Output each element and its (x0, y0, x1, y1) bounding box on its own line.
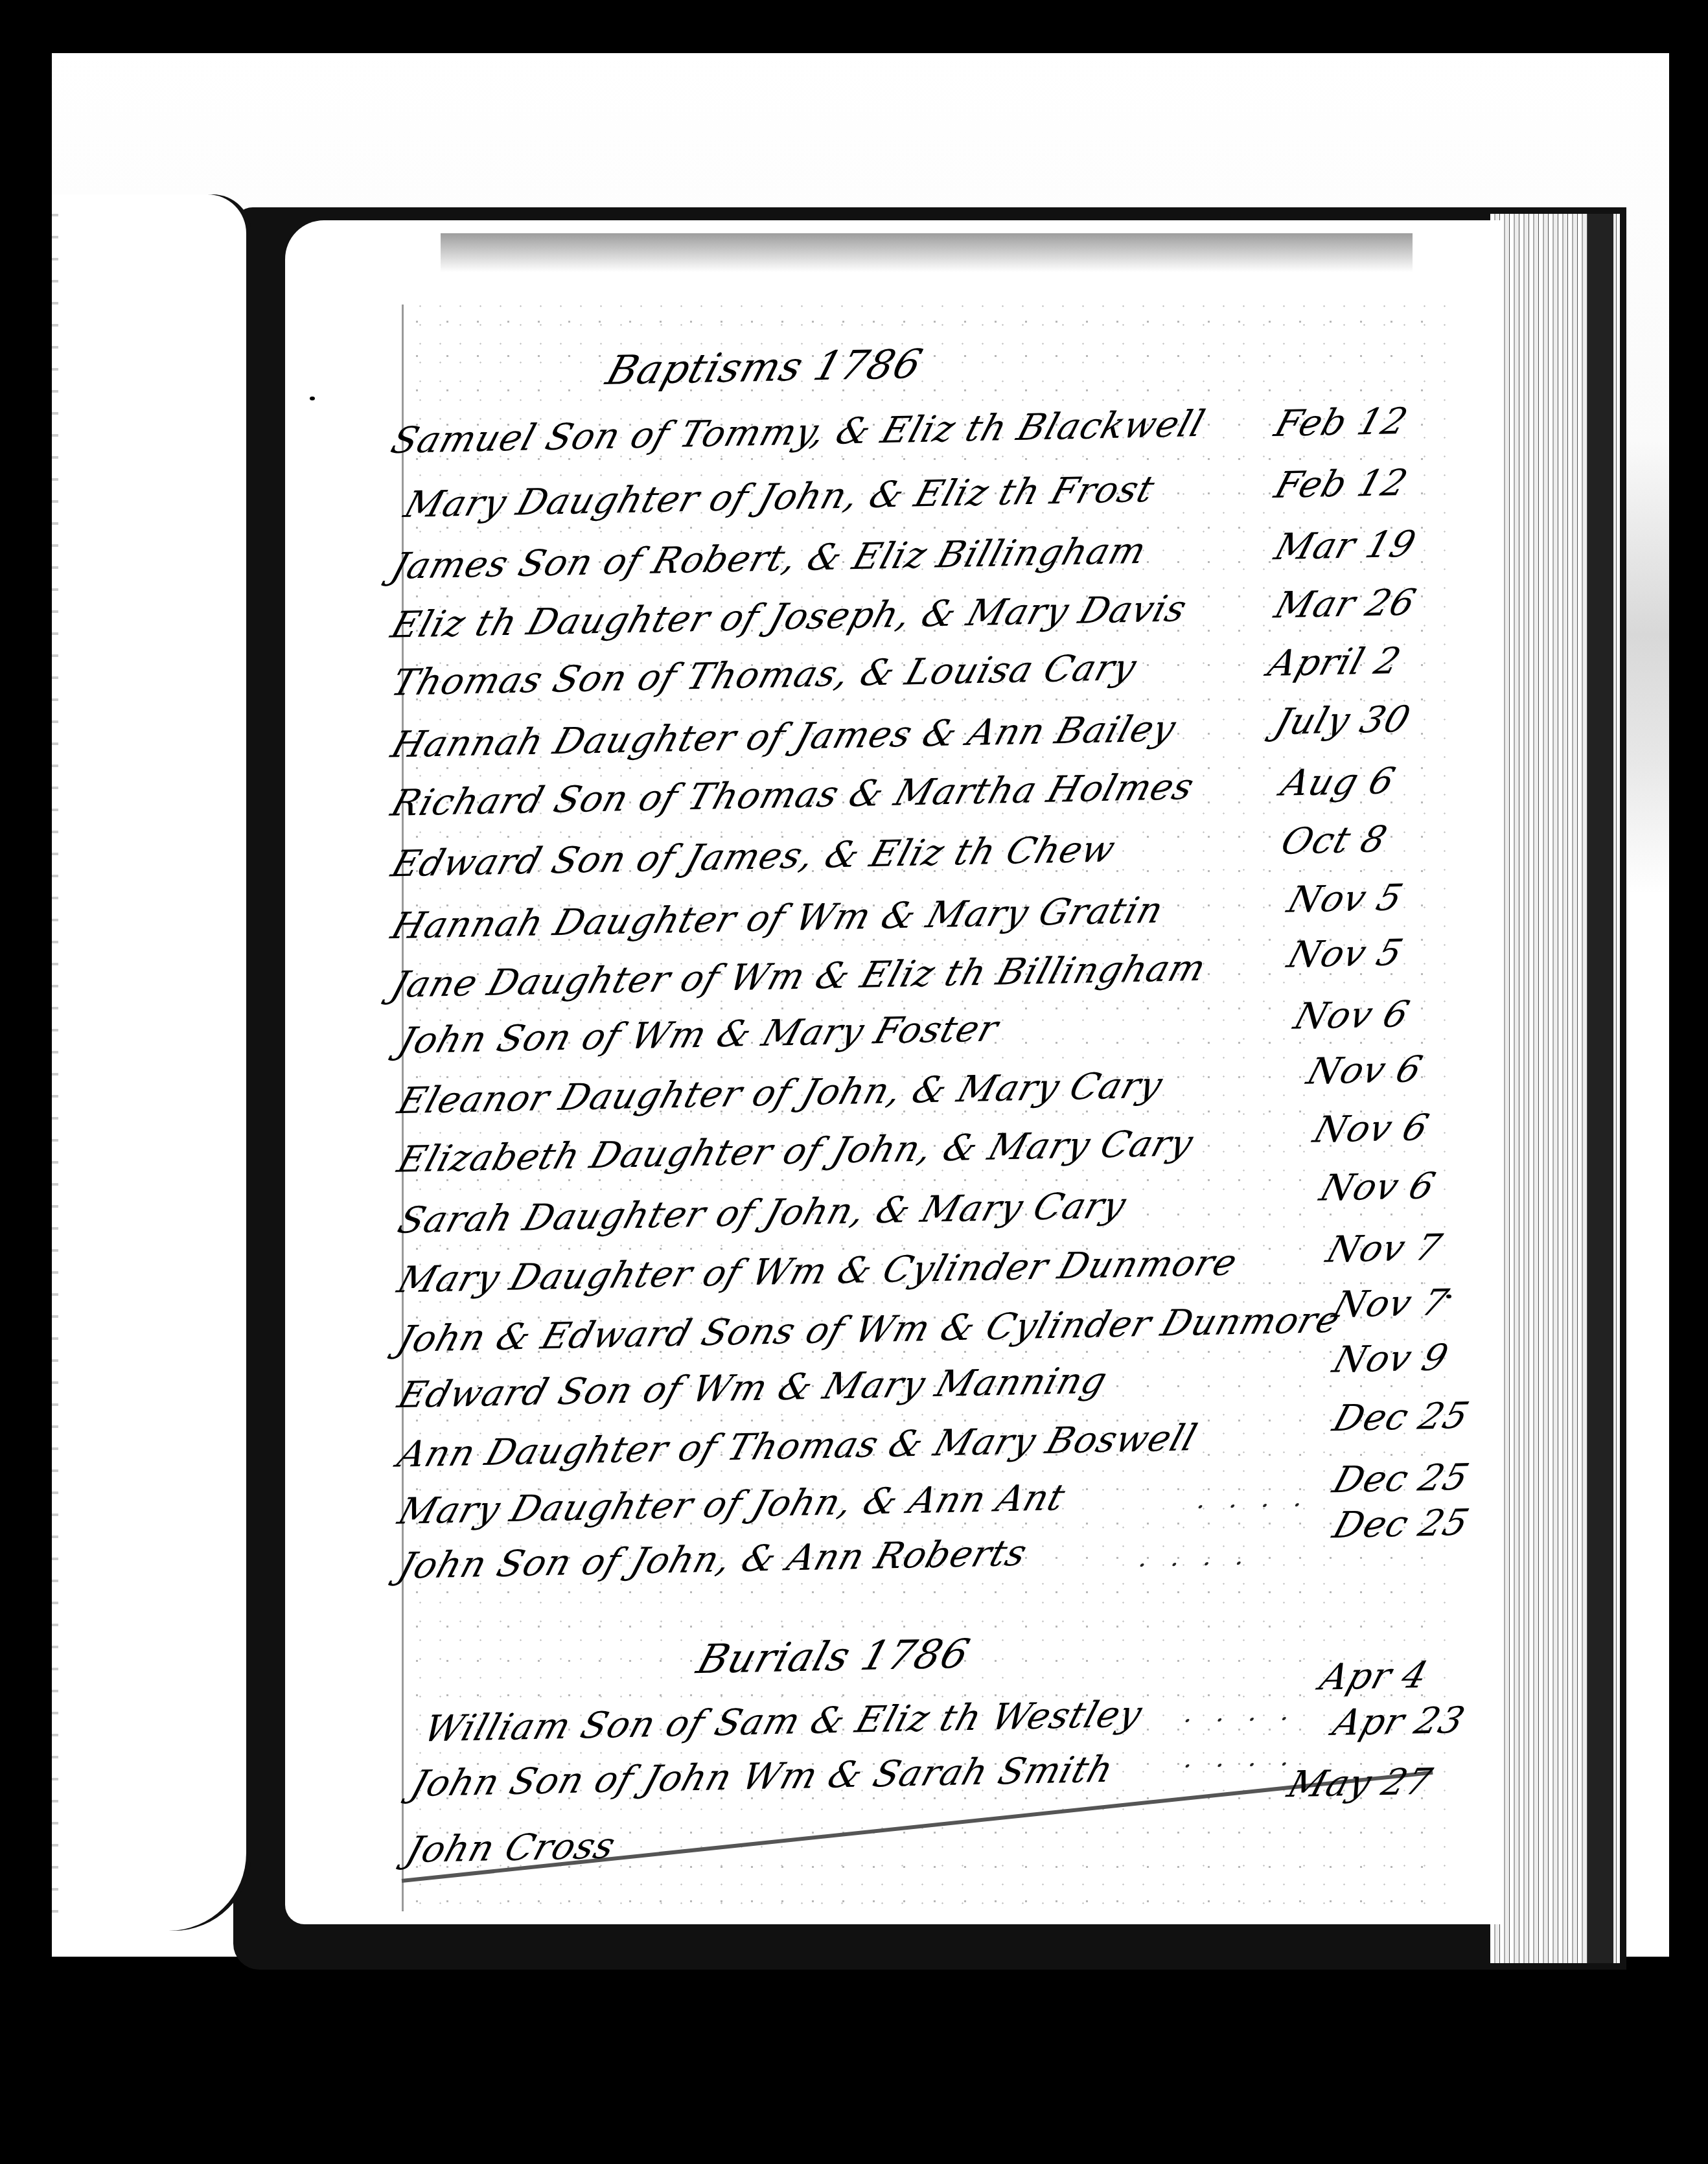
baptism-entry-date: Nov 6 (1315, 1165, 1441, 1210)
page-top-shadow (441, 233, 1413, 272)
baptism-entry-date: Feb 12 (1269, 462, 1413, 507)
film-border-right (1669, 0, 1708, 2164)
leader-dots: . . . . (1181, 1696, 1302, 1729)
baptism-entry-date: Dec 25 (1328, 1395, 1474, 1440)
baptism-entry-date: April 2 (1263, 640, 1405, 685)
burial-entry-date: Apr 4 (1315, 1654, 1433, 1698)
burial-entry-date: Apr 23 (1328, 1699, 1470, 1744)
leader-dots: . . . . (1181, 1742, 1302, 1774)
baptism-entry-date: Oct 8 (1276, 818, 1392, 862)
baptism-entry-date: July 30 (1269, 698, 1415, 743)
baptism-entry-date: Feb 12 (1269, 400, 1413, 445)
baptism-entry-date: Nov 9 (1328, 1337, 1454, 1381)
burials-heading: Burials 1786 (692, 1630, 976, 1683)
leader-dots: . . . . (1135, 1541, 1257, 1573)
baptism-entry-date: Nov 5 (1283, 932, 1409, 976)
film-border-top (0, 0, 1708, 53)
baptism-entry-date: Dec 25 (1328, 1502, 1474, 1547)
baptism-entry-date: Nov 6 (1302, 1048, 1428, 1093)
burial-entry-name: John Cross (401, 1825, 621, 1872)
baptism-entry-date: Nov 6 (1289, 993, 1415, 1038)
baptism-entry-date: Nov 5 (1283, 877, 1409, 921)
baptism-entry-date: Aug 6 (1276, 760, 1401, 805)
baptism-entry-date: Nov 7 (1322, 1226, 1448, 1271)
film-border-bottom (0, 1957, 1708, 2164)
baptism-entry-date: Nov 7 (1328, 1282, 1454, 1326)
leader-dots: . . . . (1194, 1482, 1315, 1515)
left-page-fringe (52, 194, 58, 1931)
film-border-left (0, 0, 52, 2164)
baptism-entry-date: Mar 26 (1269, 582, 1421, 627)
margin-mark (310, 397, 315, 400)
burial-entry-date: May 27 (1282, 1761, 1437, 1806)
baptism-entry-date: Nov 6 (1309, 1107, 1435, 1151)
baptism-entry-date: Dec 25 (1328, 1456, 1474, 1501)
baptisms-heading: Baptisms 1786 (601, 340, 928, 394)
left-page-edge (52, 194, 246, 1931)
baptism-entry-date: Mar 19 (1269, 524, 1421, 568)
page-stack-shadow (1587, 214, 1613, 1963)
